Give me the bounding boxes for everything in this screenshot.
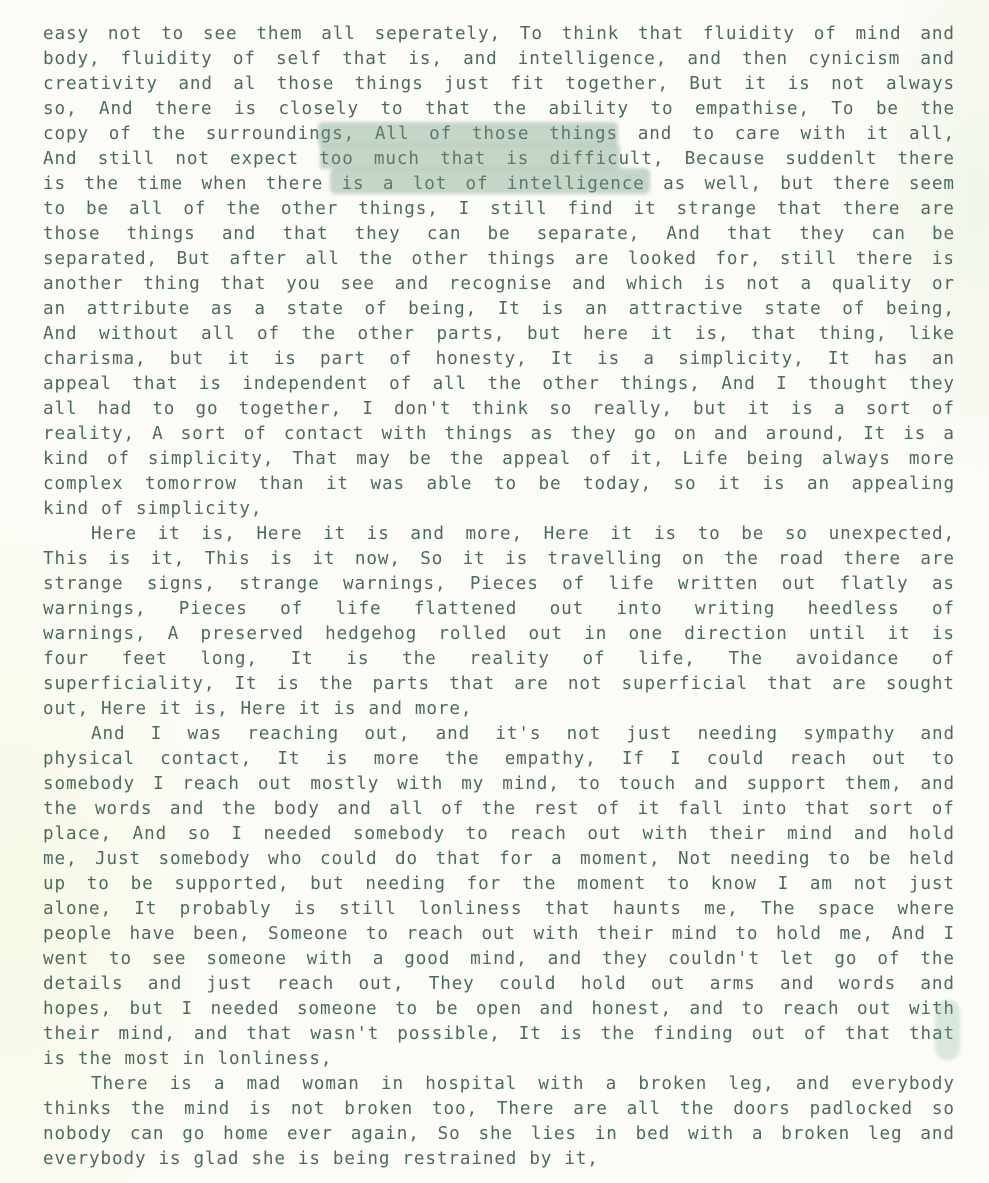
word: there (843, 197, 900, 222)
word: and (694, 772, 728, 797)
word: of (107, 447, 130, 472)
word: to (161, 22, 184, 47)
word: their (709, 822, 766, 847)
word: just (206, 972, 252, 997)
word: And (43, 147, 77, 172)
word: somebody (353, 822, 445, 847)
word: but (129, 997, 163, 1022)
word: out (752, 1022, 786, 1047)
word: another (43, 272, 123, 297)
word: glad (193, 1147, 239, 1172)
word: was (370, 472, 404, 497)
word: but (310, 872, 344, 897)
word: out (529, 622, 563, 647)
word: sort (868, 797, 914, 822)
word: to (741, 997, 764, 1022)
word: words (95, 797, 152, 822)
word: woman (302, 1072, 359, 1097)
text-line: so,Andthereiscloselytothattheabilitytoem… (43, 97, 955, 122)
word: with (307, 947, 353, 972)
word: it (866, 122, 889, 147)
word: there (266, 172, 323, 197)
word: is (932, 247, 955, 272)
word: she (251, 1147, 285, 1172)
word: are (514, 672, 548, 697)
word: is (654, 522, 677, 547)
word: without (99, 322, 179, 347)
word: of (597, 797, 620, 822)
word: details (43, 972, 123, 997)
word: Here (240, 697, 286, 722)
word: an (932, 347, 955, 372)
word: They (429, 972, 475, 997)
word: a (943, 422, 955, 447)
word: too (319, 147, 353, 172)
word: not (568, 672, 602, 697)
word: things (487, 247, 556, 272)
word: there (833, 172, 890, 197)
word: simplicity, (148, 447, 274, 472)
word: It (863, 422, 886, 447)
word: is (270, 547, 293, 572)
word: the (450, 447, 484, 472)
text-line: Hereitis,Hereitisandmore,Hereitistobesou… (43, 522, 955, 547)
word: attractive (629, 297, 744, 322)
word: always (886, 72, 955, 97)
word: able (426, 472, 472, 497)
word: the (84, 172, 118, 197)
word: appeal (502, 447, 571, 472)
word: and (920, 22, 954, 47)
text-line: superficiality,Itisthepartsthatarenotsup… (43, 672, 955, 697)
word: words (839, 972, 896, 997)
word: and (638, 122, 672, 147)
word: can (427, 222, 461, 247)
word: So (420, 547, 443, 572)
word: is (560, 1022, 583, 1047)
word: intelligence (507, 172, 645, 197)
word: mostly (310, 772, 379, 797)
word: I (459, 197, 471, 222)
word: kind (43, 447, 89, 472)
text-line: alone,Itprobablyisstilllonlinessthathaun… (43, 897, 955, 922)
word: could (707, 747, 764, 772)
word: reality (469, 647, 549, 672)
word: she (479, 1122, 513, 1147)
word: mind, (470, 947, 527, 972)
word: so (188, 822, 211, 847)
word: reach (406, 922, 463, 947)
word: reaching (247, 722, 339, 747)
word: physical (43, 747, 135, 772)
word: hospital (425, 1072, 517, 1097)
word: is (298, 1147, 321, 1172)
word: reach (509, 822, 566, 847)
word: To (520, 22, 543, 47)
word: mind, (118, 1022, 175, 1047)
word: it (748, 397, 771, 422)
word: charisma, (43, 347, 146, 372)
word: again, (351, 1122, 420, 1147)
word: other (281, 197, 338, 222)
word: There (91, 1072, 148, 1097)
word: here (583, 322, 629, 347)
word: seperately, (375, 22, 501, 47)
text-line: Thisisit,Thisisitnow,Soitistravellingont… (43, 547, 955, 572)
word: Here (91, 522, 137, 547)
word: that (246, 1022, 292, 1047)
word: don't (394, 397, 451, 422)
word: out (651, 972, 685, 997)
word: all, (909, 122, 955, 147)
word: life, (638, 647, 695, 672)
word: and (796, 1072, 830, 1097)
word: have (129, 922, 175, 947)
word: needing (698, 722, 778, 747)
word: mind (787, 822, 833, 847)
word: strange (239, 572, 319, 597)
word: into (741, 797, 787, 822)
text-line: kindofsimplicity,Thatmaybetheappealofit,… (43, 447, 955, 472)
word: is (903, 422, 926, 447)
word: to (395, 997, 418, 1022)
word: recognise (449, 272, 552, 297)
word: who (268, 847, 302, 872)
word: I (778, 872, 790, 897)
word: Someone (268, 922, 348, 947)
word: they (602, 947, 648, 972)
word: feet (122, 647, 168, 672)
word: and (178, 72, 212, 97)
word: with (533, 922, 579, 947)
word: of (280, 597, 303, 622)
word: an (585, 297, 608, 322)
word: mind (856, 22, 902, 47)
word: find (568, 197, 614, 222)
word: it (158, 522, 181, 547)
word: and (854, 822, 888, 847)
word: could (499, 972, 556, 997)
word: and (920, 972, 954, 997)
word: The (761, 897, 795, 922)
word: hold (776, 922, 822, 947)
word: separated, (43, 247, 158, 272)
paragraph: easynottoseethemallseperately,Tothinktha… (43, 22, 955, 522)
word: with (381, 422, 427, 447)
word: lot (413, 172, 447, 197)
word: an (43, 297, 66, 322)
word: support (747, 772, 827, 797)
word: Here (101, 697, 147, 722)
word: me, (839, 922, 873, 947)
word: preserved (200, 622, 303, 647)
word: of (109, 122, 132, 147)
word: of (562, 572, 585, 597)
word: the (601, 1022, 635, 1047)
word: rest (534, 797, 580, 822)
word: kind (43, 497, 89, 522)
word: everybody (43, 1147, 146, 1172)
word: written (678, 572, 758, 597)
word: is (763, 472, 786, 497)
word: looked (628, 247, 697, 272)
word: too, (432, 1097, 478, 1122)
word: that (425, 97, 471, 122)
word: they (909, 372, 955, 397)
word: with (642, 822, 688, 847)
word: the (724, 547, 758, 572)
word: fluidity (703, 22, 795, 47)
word: the (482, 797, 516, 822)
word: things, (358, 197, 438, 222)
word: that (440, 147, 486, 172)
word: superficiality, (43, 672, 215, 697)
word: and (920, 47, 954, 72)
word: is, (695, 322, 729, 347)
word: of (932, 397, 955, 422)
word: the (492, 97, 526, 122)
word: go (634, 422, 657, 447)
word: with (538, 1072, 584, 1097)
word: long, (200, 647, 257, 672)
text-line: kindofsimplicity, (43, 497, 955, 522)
word: not (831, 72, 865, 97)
word: was (187, 722, 221, 747)
word: in (381, 1072, 404, 1097)
text-line: everybodyisgladsheisbeingrestrainedbyit, (43, 1147, 955, 1172)
word: all (201, 322, 235, 347)
word: been, (193, 922, 250, 947)
word: and (222, 222, 256, 247)
text-line: AndIwasreachingout,andit'snotjustneeding… (43, 722, 955, 747)
word: sought (886, 672, 955, 697)
word: so (549, 397, 572, 422)
word: it, (630, 447, 664, 472)
word: someone (206, 947, 286, 972)
word: needing (365, 872, 445, 897)
word: is (43, 172, 66, 197)
word: good (404, 947, 450, 972)
word: is (199, 372, 222, 397)
word: and (921, 772, 955, 797)
word: be (741, 522, 764, 547)
text-line: copyofthesurroundings,Allofthosethingsan… (43, 122, 955, 147)
word: the (487, 372, 521, 397)
word: flattened (414, 597, 517, 622)
word: warnings, (343, 572, 446, 597)
word: that (845, 1022, 891, 1047)
word: of (583, 647, 606, 672)
word: I (776, 372, 788, 397)
word: so (785, 522, 808, 547)
word: of (814, 22, 837, 47)
word: more, (466, 522, 523, 547)
word: it (744, 72, 767, 97)
word: a (606, 1072, 618, 1097)
word: to (667, 872, 690, 897)
word: not (746, 272, 780, 297)
word: And (91, 722, 125, 747)
word: time (137, 172, 183, 197)
word: is (342, 172, 365, 197)
word: It (828, 347, 851, 372)
word: of (466, 172, 489, 197)
word: thinks (43, 1097, 112, 1122)
word: of (932, 797, 955, 822)
word: until (809, 622, 866, 647)
word: be (538, 472, 561, 497)
word: out, (358, 972, 404, 997)
word: go (195, 397, 218, 422)
word: with (909, 997, 955, 1022)
word: the (78, 1047, 112, 1072)
word: let (780, 947, 814, 972)
word: appeal (43, 372, 112, 397)
word: more (374, 747, 420, 772)
word: mind, (502, 772, 559, 797)
word: more, (415, 697, 472, 722)
word: now, (355, 547, 401, 572)
word: had (98, 397, 132, 422)
word: reach (277, 972, 334, 997)
word: think (472, 397, 529, 422)
word: Life (683, 447, 729, 472)
text-line: out,Hereitis,Hereitisandmore, (43, 697, 955, 722)
word: to (366, 922, 389, 947)
word: the (402, 647, 436, 672)
word: lies (531, 1122, 577, 1147)
word: it (227, 347, 250, 372)
text-line: easynottoseethemallseperately,Tothinktha… (43, 22, 955, 47)
word: of (183, 197, 206, 222)
word: for (499, 847, 533, 872)
text-line: Andwithoutalloftheotherparts,buthereitis… (43, 322, 955, 347)
word: then (742, 47, 788, 72)
word: quality (832, 272, 912, 297)
word: with (397, 772, 443, 797)
word: be (488, 222, 511, 247)
word: self (276, 47, 322, 72)
text-line: detailsandjustreachout,Theycouldholdouta… (43, 972, 955, 997)
word: in (584, 622, 607, 647)
word: and (689, 997, 723, 1022)
word: is (505, 547, 528, 572)
word: supported, (174, 872, 289, 897)
word: is (541, 297, 564, 322)
word: strange (43, 572, 123, 597)
word: To (831, 97, 854, 122)
word: into (616, 597, 662, 622)
word: Pieces (470, 572, 539, 597)
word: things (355, 72, 424, 97)
word: cynicism (808, 47, 900, 72)
word: and (714, 422, 748, 447)
word: is (108, 547, 131, 572)
word: a (214, 1072, 226, 1097)
word: those (472, 122, 529, 147)
word: to (87, 872, 110, 897)
word: travelling (548, 547, 663, 572)
word: is (170, 1072, 193, 1097)
word: hedgehog (325, 622, 417, 647)
word: is (326, 747, 349, 772)
word: And (666, 222, 700, 247)
text-line: Thereisamadwomaninhospitalwithabrokenleg… (43, 1072, 955, 1097)
word: and (194, 1022, 228, 1047)
word: be (876, 97, 899, 122)
word: easy (43, 22, 89, 47)
word: leg, (729, 1072, 775, 1097)
word: attribute (87, 297, 190, 322)
word: those (43, 222, 100, 247)
word: together, (239, 397, 342, 422)
word: well, (704, 172, 761, 197)
word: the (301, 322, 335, 347)
word: ability (548, 97, 628, 122)
text-line: isthemostinlonliness, (43, 1047, 955, 1072)
text-line: reality,Asortofcontactwiththingsastheygo… (43, 422, 955, 447)
text-line: thosethingsandthattheycanbeseparate,Andt… (43, 222, 955, 247)
text-line: uptobesupported,butneedingforthemomentto… (43, 872, 955, 897)
word: up (43, 872, 66, 897)
word: they (571, 422, 617, 447)
word: me, (704, 897, 738, 922)
word: it (610, 522, 633, 547)
word: the (522, 872, 556, 897)
word: and (920, 1122, 954, 1147)
word: and (463, 47, 497, 72)
word: fit (510, 72, 544, 97)
word: there (155, 97, 212, 122)
word: out, (364, 722, 410, 747)
word: broken (344, 1097, 413, 1122)
word: see (152, 947, 186, 972)
word: as (663, 172, 686, 197)
word: appealing (852, 472, 955, 497)
word: thing, (818, 322, 887, 347)
word: just (626, 722, 672, 747)
word: someone (297, 997, 377, 1022)
word: could (320, 847, 377, 872)
word: that (342, 47, 388, 72)
word: contact (284, 422, 364, 447)
word: and (780, 972, 814, 997)
word: there (897, 147, 954, 172)
text-line: body,fluidityofselfthatis,andintelligenc… (43, 47, 955, 72)
word: and (410, 522, 444, 547)
word: as (932, 572, 955, 597)
word: And (43, 322, 77, 347)
word: is (932, 622, 955, 647)
word: the (226, 197, 260, 222)
word: think (562, 22, 619, 47)
word: that (435, 847, 481, 872)
word: may (356, 447, 390, 472)
word: bed (636, 1122, 670, 1147)
word: is (234, 97, 257, 122)
word: heedless (808, 597, 900, 622)
word: avoidance (796, 647, 899, 672)
word: has (874, 347, 908, 372)
word: sympathy (803, 722, 895, 747)
word: one (629, 622, 663, 647)
word: more (909, 447, 955, 472)
word: of (244, 422, 267, 447)
word: of (932, 597, 955, 622)
word: is (506, 147, 529, 172)
word: it (323, 522, 346, 547)
word: it (159, 697, 182, 722)
